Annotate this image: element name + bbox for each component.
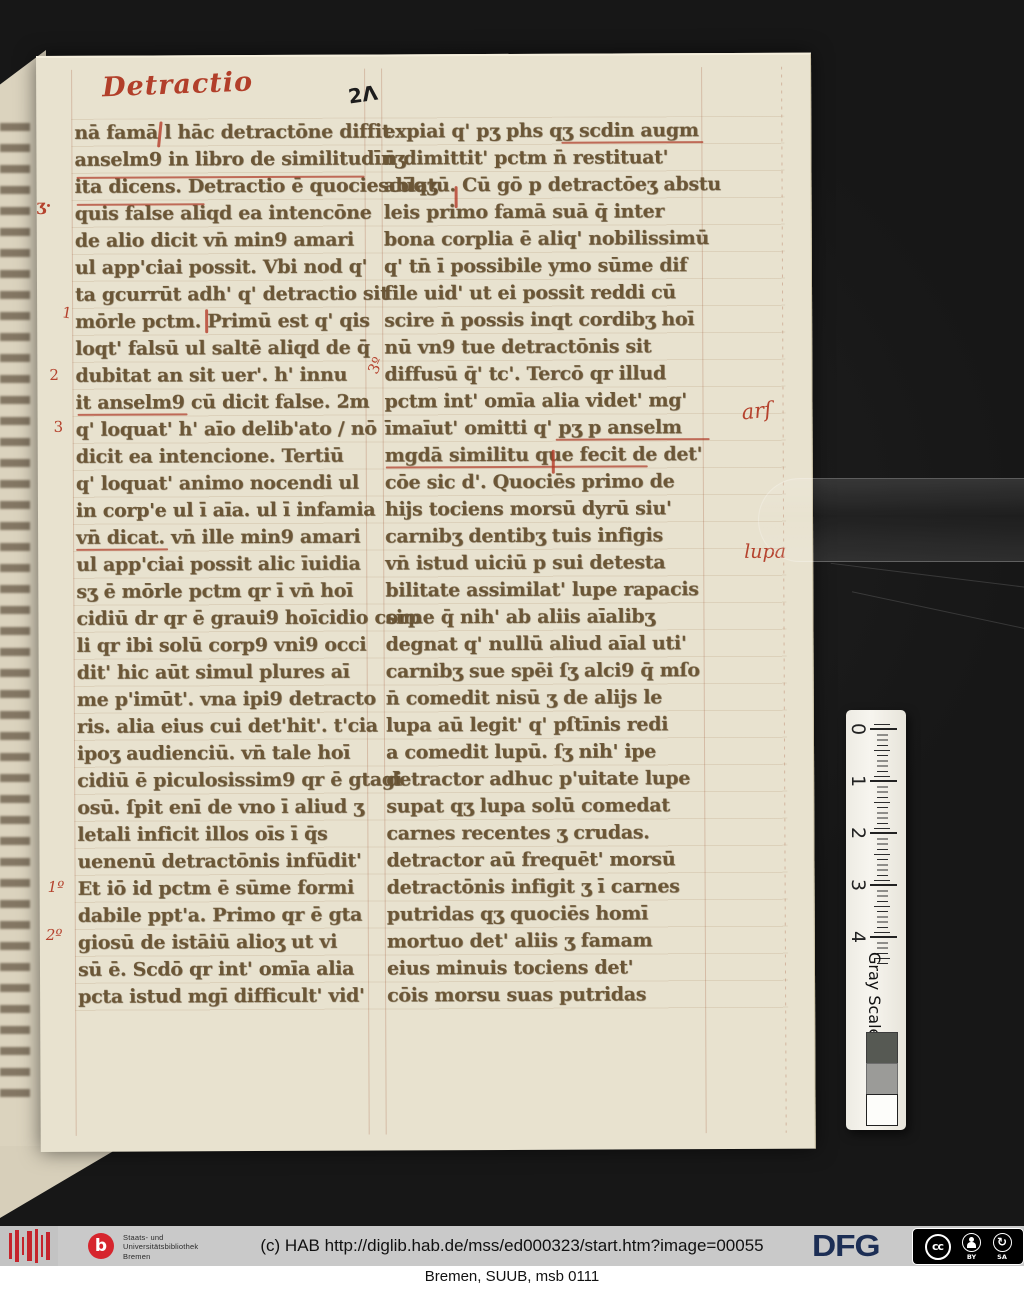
ruler-halfcm-ticks	[874, 724, 890, 964]
manuscript-line: bilitate assimilat' lupe rapacis	[385, 576, 710, 604]
manuscript-line: lupa aū legit' q' pſtīnis redi	[386, 711, 711, 739]
manuscript-page: Detractio 2Λ nā famā l hāc detractōne di…	[36, 53, 816, 1152]
manuscript-line: me p'imūt'. vna ipi9 detracto	[77, 686, 377, 714]
manuscript-line: bona corplia ē aliq' nobilissimū	[384, 225, 709, 253]
ruler-cm-tick	[870, 832, 897, 834]
manuscript-line: file uid' ut ei possit reddi cū	[384, 279, 709, 307]
manuscript-line: in corp'e ul ī aīa. ul ī infamia	[76, 497, 376, 525]
manuscript-line: cidiū ē piculosissim9 qr ē gtagi	[77, 767, 377, 795]
manuscript-line: detractor adhuc p'uitate lupe	[386, 765, 711, 793]
manuscript-line: pctm int' omīa alia videt' mg'	[384, 387, 709, 415]
manuscript-line: cōis morsu suas putridas	[387, 981, 712, 1009]
ruler-number: 4	[847, 928, 869, 946]
manuscript-line: dubitat an sit uer'. h' innu	[75, 362, 375, 390]
manuscript-line: letali inficit illos oīs ī q̄s	[77, 821, 377, 849]
manuscript-line: Et iō id pctm ē sūme formi	[78, 875, 378, 903]
manuscript-line: ul app'ciai possit. Vbi nod q'	[75, 254, 375, 282]
manuscript-line: sime q̄ nih' ab aliis aīalibʒ	[385, 603, 710, 631]
manuscript-line: cōe sic d'. Quociēs primo de	[385, 468, 710, 496]
gray-patch-mid	[866, 1063, 898, 1095]
rubric-stroke	[552, 450, 555, 474]
manuscript-line: vn̄ dicat. vn̄ ille min9 amari	[76, 524, 376, 552]
manuscript-line: leis primo famā suā q̄ inter	[384, 198, 709, 226]
cc-by-person-icon	[962, 1233, 981, 1252]
manuscript-line: dicit ea intencione. Tertiū	[76, 443, 376, 471]
manuscript-line: dabile ppt'a. Primo qr ē gta	[78, 902, 378, 930]
manuscript-line: detractōnis infigit ʒ ī carnes	[387, 873, 712, 901]
cc-sa-arrow-icon: ↻	[993, 1233, 1012, 1252]
manuscript-line: vn̄ istud uiciū p sui detesta	[385, 549, 710, 577]
manuscript-line: nā famā l hāc detractōne diffit	[74, 119, 374, 147]
margin-number: 2	[49, 366, 59, 384]
manuscript-line: scire n̄ possis inqt cordibʒ hoī	[384, 306, 709, 334]
folio-mark: 2Λ	[347, 81, 380, 109]
text-column-left: nā famā l hāc detractōne diffitanselm9 i…	[74, 119, 378, 1011]
manuscript-line: ris. alia eius cui det'hit'. t'cia	[77, 713, 377, 741]
manuscript-line: supat qʒ lupa solū comedat	[386, 792, 711, 820]
manuscript-line: li qr ibi solū corp9 vni9 occi	[77, 632, 377, 660]
manuscript-line: eius minuis tociens det'	[387, 954, 712, 982]
manuscript-line: anselm9 in libro de similitudīnʒ	[74, 146, 374, 174]
manuscript-line: carnibʒ sue spēi ſʒ alci9 q̄ mſo	[386, 657, 711, 685]
ruler-number: 2	[847, 824, 869, 842]
manuscript-line: osū. ſpit enī de vno ī aliud ʒ	[77, 794, 377, 822]
manuscript-line: detractor aū frequēt' morsū	[386, 846, 711, 874]
manuscript-line: hijs tociens morsū dyrū siu'	[385, 495, 710, 523]
manuscript-line: ta gcurrūt adh' q' detractio sit	[75, 281, 375, 309]
manuscript-line: a comedit lupū. ſʒ nih' ipe	[386, 738, 711, 766]
manuscript-line: sū ē. Scdō qr int' omīa alia	[78, 956, 378, 984]
page-holder-edge	[831, 563, 1024, 588]
manuscript-line: uenenū detractōnis infūdit'	[77, 848, 377, 876]
manuscript-line: n̄ comedit nisū ʒ de alijs le	[386, 684, 711, 712]
ruler-cm-tick	[870, 780, 897, 782]
rubric-stroke	[455, 186, 458, 208]
manuscript-line: giosū de istāiū alioʒ ut vi	[78, 929, 378, 957]
ruler-cm-tick	[870, 728, 897, 730]
gray-patch-white	[866, 1094, 898, 1126]
manuscript-line: diffusū q̄' tc'. Tercō qr illud	[384, 360, 709, 388]
rubric-stroke	[205, 309, 208, 333]
margin-ordinal: 2º	[46, 926, 63, 944]
ruler-number: 0	[847, 720, 869, 738]
shelfmark-caption: Bremen, SUUB, msb 0111	[0, 1266, 1024, 1290]
manuscript-line: dit' hic aūt simul plures aī	[77, 659, 377, 687]
manuscript-line: sʒ ē mōrle pctm qr ī vn̄ hoī	[76, 578, 376, 606]
manuscript-line: ipoʒ audienciū. vn̄ tale hoī	[77, 740, 377, 768]
cc-sa: ↻ SA	[993, 1233, 1012, 1261]
cc-by-label: BY	[967, 1253, 976, 1261]
manuscript-photo: Detractio 2Λ nā famā l hāc detractōne di…	[0, 0, 1024, 1290]
footer-bar: b Staats- und Universitätsbibliothek Bre…	[0, 1226, 1024, 1266]
manuscript-line: mōrle pctm. Primū est q' qis	[75, 308, 375, 336]
shelfmark-text: Bremen, SUUB, msb 0111	[425, 1268, 600, 1285]
previous-page-text-edge	[0, 120, 30, 1100]
margin-note-ars: arſ	[740, 397, 773, 424]
manuscript-line: mortuo det' aliis ʒ famam	[387, 927, 712, 955]
cc-sa-label: SA	[997, 1253, 1007, 1261]
cc-logo-icon: cc	[925, 1234, 951, 1260]
manuscript-line: q' loquat' animo nocendi ul	[76, 470, 376, 498]
dfg-logo: DFG	[812, 1228, 879, 1264]
manuscript-line: carnibʒ dentibʒ tuis infigis	[385, 522, 710, 550]
ruler-number: 1	[847, 772, 869, 790]
margin-paraph-mark: ʒ·	[37, 196, 52, 215]
margin-number: 3	[54, 418, 64, 436]
text-column-right: expiai q' pʒ phs qʒ scdin augmn̄ dimitti…	[383, 117, 712, 1009]
red-underline	[76, 548, 168, 550]
manuscript-line: q' loquat' h' aīo delib'ato / nō	[76, 416, 376, 444]
manuscript-line: putridas qʒ quociēs homī	[387, 900, 712, 928]
gray-patch-dark	[866, 1032, 898, 1064]
manuscript-line: n̄ dimittit' pctm n̄ restituat'	[383, 144, 708, 172]
ruler-cm-tick	[870, 884, 897, 886]
manuscript-line: ablatū. Cū gō p detractōeʒ abstu	[384, 171, 709, 199]
rubric-heading: Detractio	[102, 66, 254, 103]
manuscript-line: it anselm9 cū dicit false. 2m	[75, 389, 375, 417]
manuscript-line: q' tn̄ ī possibile ymo sūme dif	[384, 252, 709, 280]
gray-scale-label: Gray Scale	[865, 952, 884, 1038]
cc-by: BY	[962, 1233, 981, 1261]
manuscript-line: ul app'ciai possit alic īuidia	[76, 551, 376, 579]
ruler-number: 3	[847, 876, 869, 894]
page-holder-strip	[758, 478, 1024, 562]
manuscript-line: nū vn9 tue detractōnis sit	[384, 333, 709, 361]
page-holder-edge	[852, 591, 1024, 629]
ruler-cm-tick	[870, 936, 897, 938]
margin-ordinal: 1º	[48, 878, 65, 896]
manuscript-line: loqt' falsū ul saltē aliqd de q̄	[75, 335, 375, 363]
manuscript-line: pcta istud mgī difficult' vid'	[78, 983, 378, 1011]
lower-left-leaf-corner	[0, 1146, 122, 1218]
grayscale-ruler: 0 1 2 3 4 Gray Scale	[846, 710, 906, 1130]
manuscript-line: degnat q' nullū aliud aīal uti'	[386, 630, 711, 658]
manuscript-line: carnes recentes ʒ crudas.	[386, 819, 711, 847]
manuscript-line: de alio dicit vn̄ min9 amari	[75, 227, 375, 255]
manuscript-line: cidiū dr qr ē graui9 hoīcidio corp	[76, 605, 376, 633]
cc-license-badge: cc BY ↻ SA	[912, 1228, 1024, 1265]
